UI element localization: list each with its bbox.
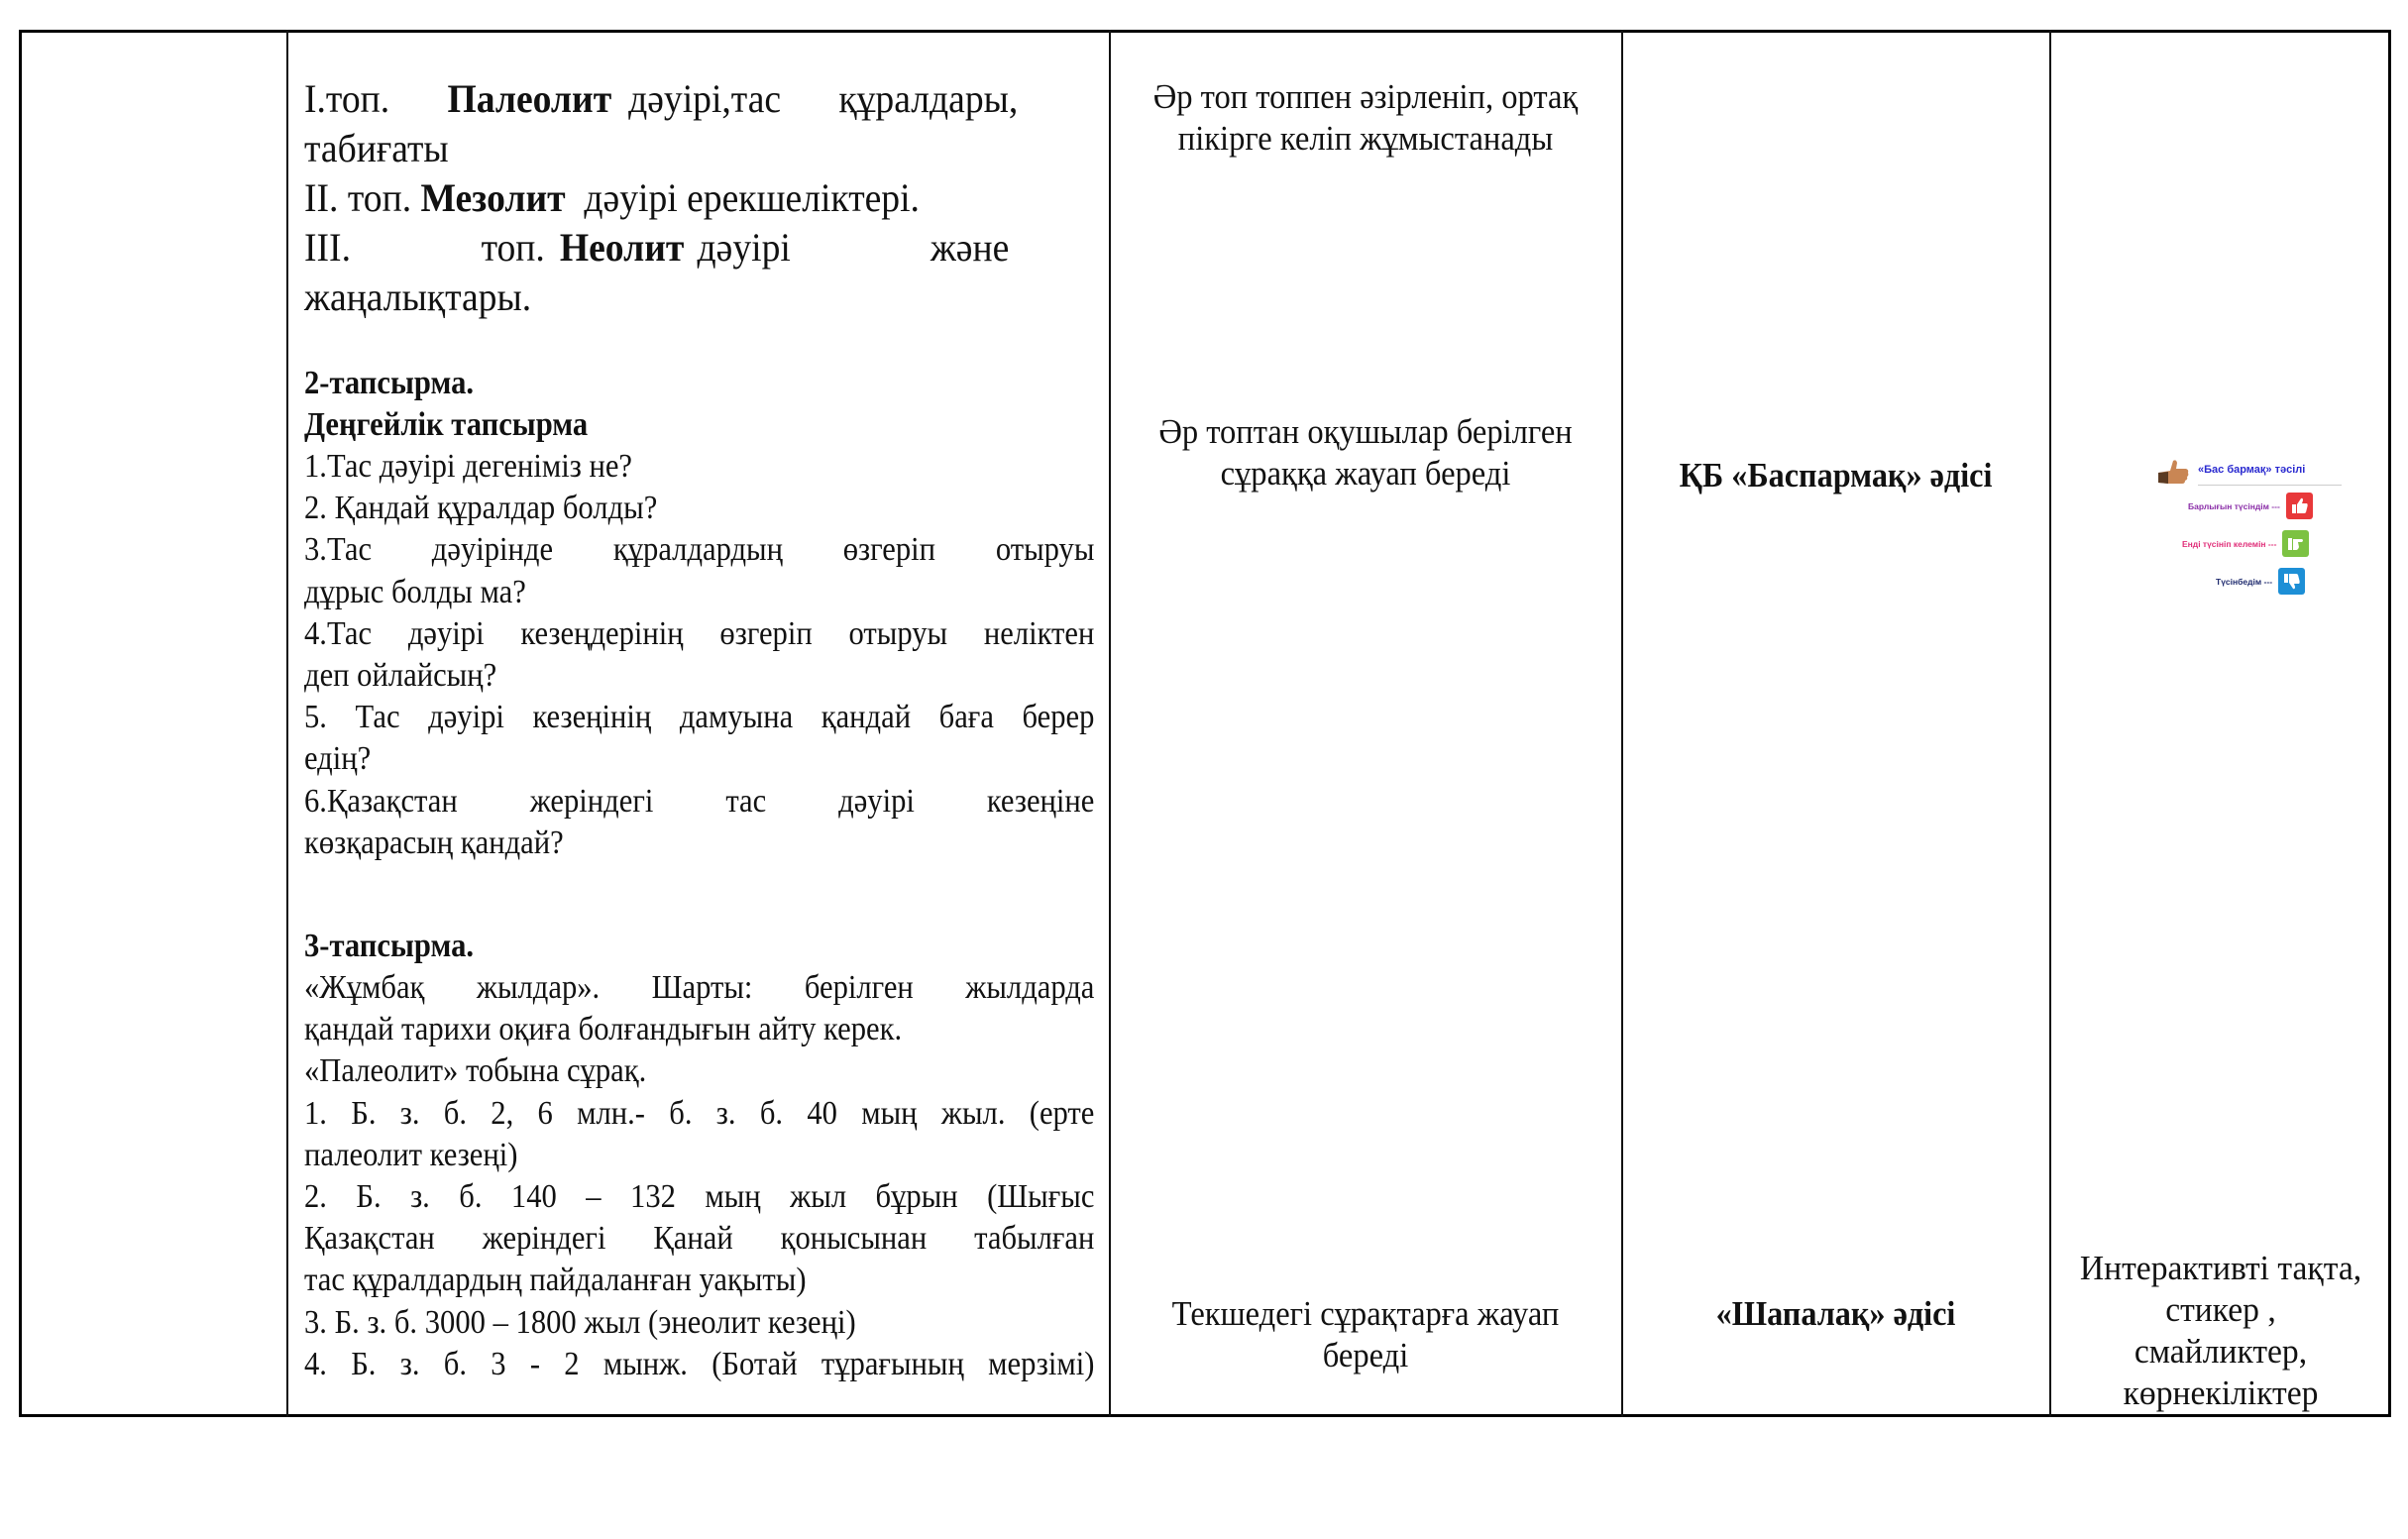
- thumbs-down-icon: [2278, 568, 2305, 595]
- thumb-card-title: «Бас бармақ» тәсілі: [2198, 464, 2305, 476]
- thumbs-method-image: «Бас бармақ» тәсілі Барлығын түсіндім --…: [2158, 456, 2347, 605]
- task-2-section: 2-тапсырма. Деңгейлік тапсырма 1.Тас дәу…: [304, 0, 1092, 1417]
- column-divider-4: [2049, 30, 2051, 1417]
- activity-3-line-2: береді: [1130, 1338, 1601, 1373]
- thumb-row-understanding: Енді түсініп келемін ---: [2182, 530, 2309, 557]
- task-2-question-line: дұрыс болды ма?: [304, 576, 1014, 609]
- task-3-item-line: «Палеолит» тобына сұрақ.: [304, 1054, 1014, 1088]
- column-divider-1: [286, 30, 288, 1417]
- task-2-question-line: едің?: [304, 742, 1014, 776]
- thumbs-up-hand-icon: [2158, 459, 2190, 485]
- hand-point-icon: [2282, 530, 2309, 557]
- activity-2-line-1: Әр топтан оқушылар берілген: [1130, 414, 1601, 449]
- task-3-item-line: 3. Б. з. б. 3000 – 1800 жыл (энеолит кез…: [304, 1306, 1014, 1340]
- column-divider-3: [1621, 30, 1623, 1417]
- task-3-title: 3-тапсырма.: [304, 930, 1014, 963]
- column-divider-2: [1109, 30, 1111, 1417]
- resource-line-4: көрнекіліктер: [2059, 1375, 2382, 1410]
- task-3-item-line: 2. Б. з. б. 140 – 132 мың жыл бұрын (Шығ…: [304, 1180, 1094, 1214]
- thumb-row-not-understood: Түсінбедім ---: [2216, 568, 2305, 595]
- stage-cell-empty: [22, 33, 285, 1414]
- thumb-card-divider: [2198, 485, 2342, 486]
- task-3-item-line: 4. Б. з. б. 3 - 2 мынж. (Ботай тұрағының…: [304, 1348, 1094, 1381]
- activity-3-line-1: Текшедегі сұрақтарға жауап: [1130, 1296, 1601, 1331]
- task-2-question-line: 2. Қандай құралдар болды?: [304, 492, 1014, 525]
- task-3-item-line: Қазақстан жеріндегі Қанай қонысынан табы…: [304, 1222, 1094, 1256]
- task-2-question-line: 1.Тас дәуірі дегеніміз не?: [304, 450, 1014, 484]
- task-2-question-line: 5. Тас дәуірі кезеңінің дамуына қандай б…: [304, 701, 1094, 734]
- task-2-question-line: 6.Қазақстан жеріндегі тас дәуірі кезеңін…: [304, 785, 1094, 819]
- resource-line-2: стикер ,: [2059, 1292, 2382, 1327]
- task-2-question-line: деп ойлайсың?: [304, 659, 1014, 693]
- resource-line-3: смайликтер,: [2059, 1334, 2382, 1369]
- task-2-subtitle: Деңгейлік тапсырма: [304, 408, 1014, 442]
- activity-1-line-2: пікірге келіп жұмыстанады: [1130, 121, 1601, 156]
- activity-1-line-1: Әр топ топпен әзірленіп, ортақ: [1130, 79, 1601, 114]
- thumb-card-header: «Бас бармақ» тәсілі: [2158, 456, 2347, 486]
- thumb-row-understood: Барлығын түсіндім ---: [2188, 493, 2313, 519]
- method-baspamak: ҚБ «Баспармақ» әдісі: [1641, 458, 2030, 493]
- task-3-item-line: «Жұмбақ жылдар». Шарты: берілген жылдард…: [304, 971, 1094, 1005]
- task-2-question-line: көзқарасың қандай?: [304, 826, 1014, 860]
- task-3-item-line: тас құралдардың пайдаланған уақыты): [304, 1264, 1014, 1297]
- thumbs-up-icon: [2286, 493, 2313, 519]
- task-2-question-line: 4.Тас дәуірі кезеңдерінің өзгеріп отыруы…: [304, 617, 1094, 651]
- task-3-item-line: палеолит кезеңі): [304, 1139, 1014, 1172]
- task-2-title: 2-тапсырма.: [304, 367, 1014, 400]
- resource-line-1: Интерактивті тақта,: [2059, 1251, 2382, 1285]
- task-3-item-line: қандай тарихи оқиға болғандығын айту кер…: [304, 1013, 1014, 1046]
- method-shapalak: «Шапалақ» әдісі: [1641, 1296, 2030, 1331]
- task-2-question-line: 3.Тас дәуірінде құралдардың өзгеріп отыр…: [304, 533, 1094, 567]
- task-3-item-line: 1. Б. з. б. 2, 6 млн.- б. з. б. 40 мың ж…: [304, 1097, 1094, 1131]
- activity-2-line-2: сұраққа жауап береді: [1130, 456, 1601, 491]
